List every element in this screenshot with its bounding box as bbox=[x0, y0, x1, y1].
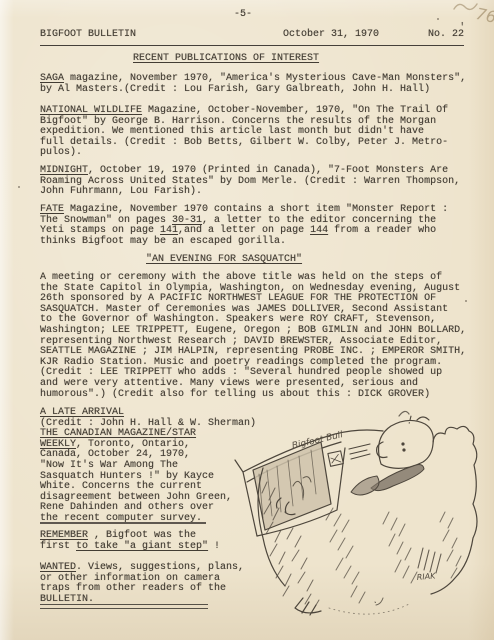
bulletin-title: BIGFOOT BULLETIN bbox=[40, 30, 234, 41]
underlined-text-segment: THE CANADIAN MAGAZINE/STAR bbox=[40, 428, 196, 439]
underlined-text-segment: WANTED bbox=[40, 562, 76, 573]
scanned-newsletter-page: -5- BIGFOOT BULLETIN October 31, 1970 No… bbox=[0, 0, 494, 640]
ink-speck bbox=[465, 300, 467, 302]
underlined-text-segment: to take "a giant step" bbox=[76, 541, 208, 552]
ink-speck bbox=[18, 186, 20, 188]
underlined-text-segment: MIDNIGHT bbox=[40, 165, 88, 176]
text-segment: (Credit : John H. Hall & W. Sherman) bbox=[40, 418, 256, 429]
typed-rule bbox=[40, 522, 206, 524]
issue-date: October 31, 1970 bbox=[234, 30, 428, 41]
text-segment: A meeting or ceremony with the above tit… bbox=[40, 272, 466, 400]
ink-speck bbox=[437, 18, 439, 20]
underlined-text-segment: SAGA bbox=[40, 73, 64, 84]
text-segment: , Toronto, Ontario, Canada, October 24, … bbox=[40, 439, 232, 524]
masthead: BIGFOOT BULLETIN October 31, 1970 No. 22 bbox=[40, 30, 464, 46]
underlined-text-segment: FATE bbox=[40, 204, 64, 215]
section-heading-evening-for-sasquatch: "AN EVENING FOR SASQUATCH" bbox=[146, 255, 366, 266]
text-segment: , October 19, 1970 (Printed in Canada), … bbox=[40, 165, 460, 197]
text-segment: ! bbox=[208, 541, 220, 552]
typed-double-rule bbox=[40, 604, 208, 609]
section-heading-recent-publications: RECENT PUBLICATIONS OF INTEREST bbox=[133, 54, 393, 65]
stray-ink-tick: ' bbox=[459, 23, 466, 34]
underlined-text-segment: REMEMBER bbox=[40, 530, 88, 541]
paragraph-saga-magazine: SAGA magazine, November 1970, "America's… bbox=[40, 74, 476, 95]
paragraph-national-wildlife: NATIONAL WILDLIFE Magazine, October-Nove… bbox=[40, 106, 476, 159]
text-segment: magazine, November 1970, "America's Myst… bbox=[40, 73, 466, 95]
underlined-text-segment: 141 bbox=[160, 225, 178, 236]
artist-signature: RIAK bbox=[416, 571, 436, 582]
paragraph-fate-magazine: FATE Magazine, November 1970 contains a … bbox=[40, 205, 476, 247]
text-segment: ,and a letter on page bbox=[178, 225, 310, 236]
underlined-text-segment: 30-31 bbox=[172, 215, 202, 226]
paragraph-evening-for-sasquatch: A meeting or ceremony with the above tit… bbox=[40, 273, 476, 400]
underlined-text-segment: "AN EVENING FOR SASQUATCH" bbox=[146, 254, 302, 265]
bigfoot-reading-newspaper-cartoon: Bigfoot Bull RIAK ! bbox=[233, 408, 494, 640]
underlined-text-segment: A LATE ARRIVAL bbox=[40, 407, 124, 418]
paragraph-midnight: MIDNIGHT, October 19, 1970 (Printed in C… bbox=[40, 166, 476, 198]
underlined-text-segment: RECENT PUBLICATIONS OF INTEREST bbox=[133, 53, 319, 64]
underlined-text-segment: NATIONAL WILDLIFE bbox=[40, 105, 142, 116]
page-number: -5- bbox=[0, 10, 486, 21]
pencil-corner-note: 76 bbox=[474, 4, 494, 27]
underlined-text-segment: 144 bbox=[310, 225, 328, 236]
